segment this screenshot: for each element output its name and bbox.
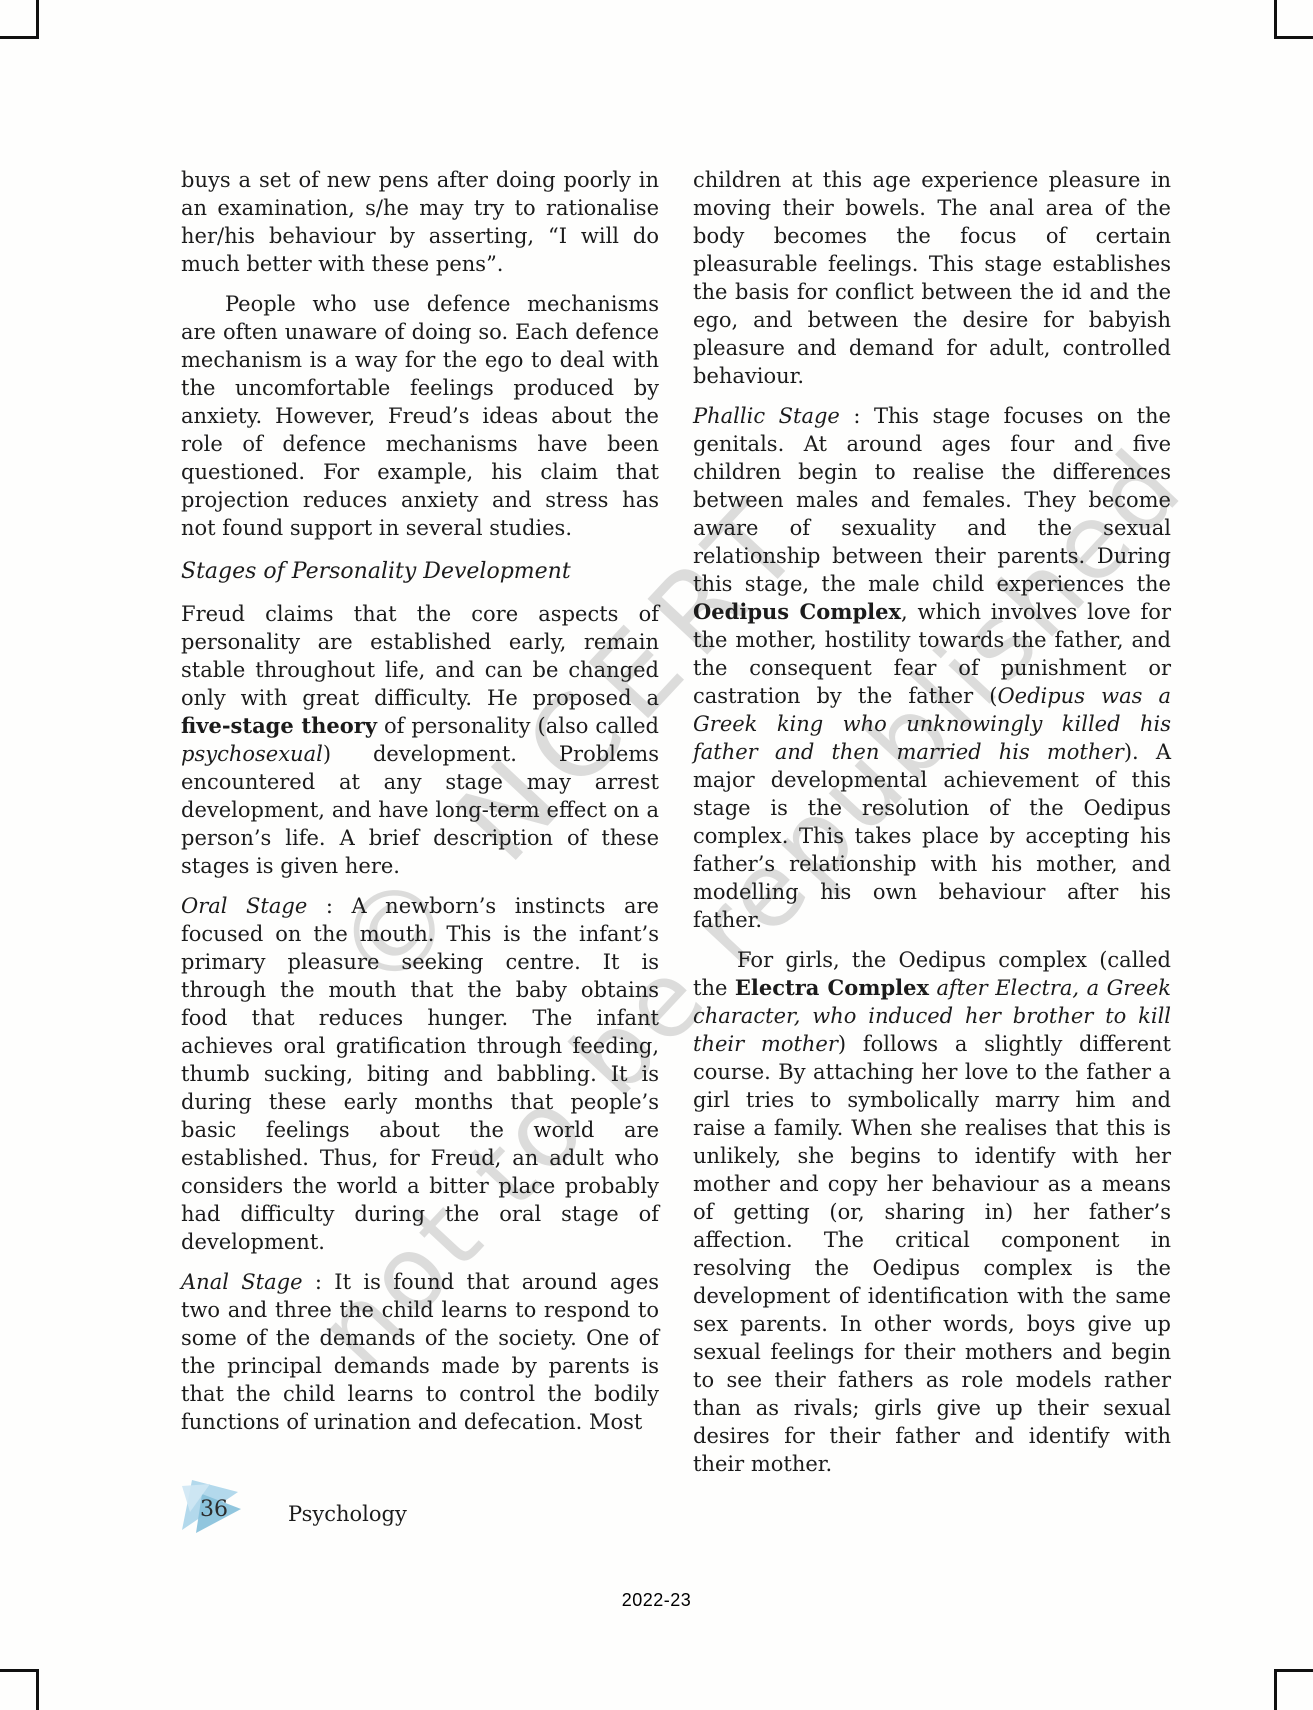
text-run: Oedipus Complex [693,599,901,624]
paragraph: For girls, the Oedipus complex (called t… [693,946,1171,1478]
text-run: : This stage focuses on the genitals. At… [693,404,1171,596]
left-column: buys a set of new pens after doing poorl… [181,166,659,1448]
text-run: Electra Complex [735,975,929,1000]
right-column: children at this age experience pleasure… [693,166,1171,1490]
text-run: : A newborn’s instincts are focused on t… [181,894,659,1254]
text-run: Stages of Personality Development [181,559,571,584]
crop-mark-bottom-right-vertical [1274,1672,1277,1710]
paragraph: children at this age experience pleasure… [693,166,1171,390]
crop-mark-bottom-left-vertical [36,1672,39,1710]
text-run: Oral Stage [181,894,307,918]
paragraph: People who use defence mechanisms are of… [181,290,659,542]
text-run: Freud claims that the core aspects of pe… [181,602,659,710]
footer-book-label: Psychology [288,1502,407,1526]
text-run: of personality (also called [377,714,659,738]
footer-year: 2022-23 [622,1590,692,1611]
section-heading: Stages of Personality Development [181,558,659,586]
text-run: ). A major developmental achievement of … [693,740,1171,932]
text-run: children at this age experience pleasure… [693,168,1171,388]
text-run: Anal Stage [181,1270,303,1294]
textbook-page: © NCERT not to be republished buys a set… [0,0,1313,1710]
text-run: five-stage theory [181,713,377,738]
text-run: psychosexual [181,742,323,766]
paragraph: Freud claims that the core aspects of pe… [181,600,659,880]
crop-mark-top-left-horizontal [0,36,39,39]
crop-mark-bottom-left-horizontal [0,1669,39,1672]
crop-mark-bottom-right-horizontal [1274,1669,1313,1672]
text-run: Phallic Stage [693,404,840,428]
crop-mark-top-right-vertical [1274,0,1277,38]
text-run: : It is found that around ages two and t… [181,1270,659,1434]
page-number-badge: 36 [180,1478,242,1536]
text-run [929,976,937,1000]
paragraph: Anal Stage : It is found that around age… [181,1268,659,1436]
text-run: buys a set of new pens after doing poorl… [181,168,659,276]
page-number: 36 [200,1497,228,1522]
text-run: People who use defence mechanisms are of… [181,292,659,540]
crop-mark-top-left-vertical [36,0,39,38]
crop-mark-top-right-horizontal [1274,36,1313,39]
paragraph: Oral Stage : A newborn’s instincts are f… [181,892,659,1256]
paragraph: buys a set of new pens after doing poorl… [181,166,659,278]
text-run: ) follows a slightly different course. B… [693,1032,1171,1476]
paragraph: Phallic Stage : This stage focuses on th… [693,402,1171,934]
